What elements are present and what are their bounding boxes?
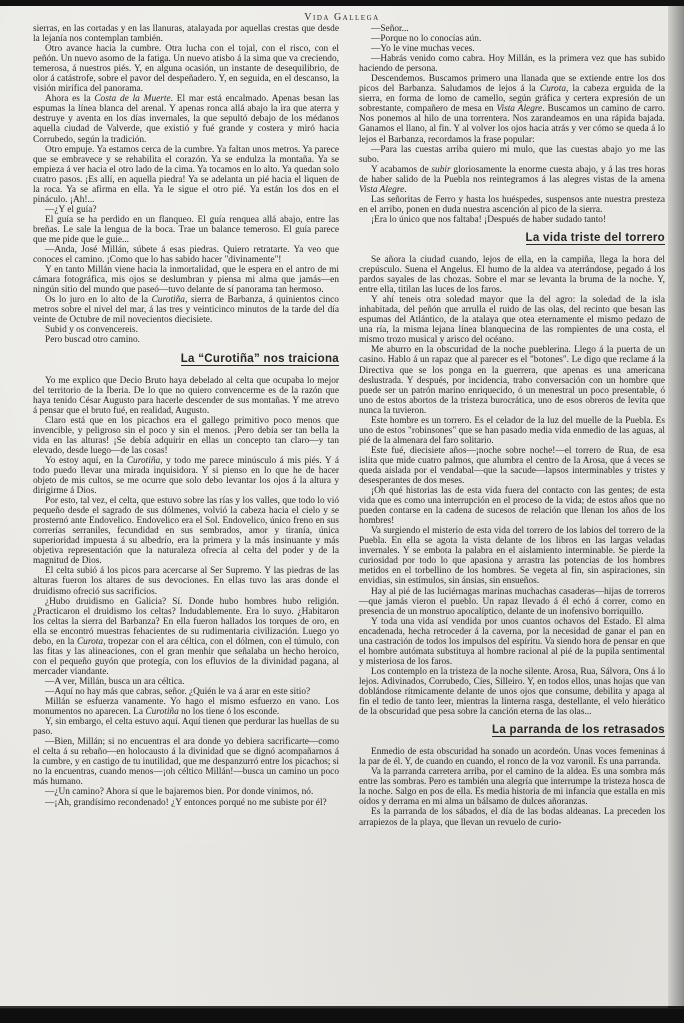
left-column: sierras, en las cortadas y en las llanur… bbox=[33, 24, 339, 808]
paragraph: Enmedio de esta obscuridad ha sonado un … bbox=[359, 747, 665, 767]
section-body-torrero: Se añora la ciudad cuando, lejos de ella… bbox=[359, 255, 665, 717]
paragraph: ¡Era lo único que nos faltaba! ¡Después … bbox=[359, 215, 665, 225]
paragraph: Va surgiendo el misterio de esta vida de… bbox=[359, 526, 665, 586]
italic-title: Curota bbox=[540, 84, 566, 94]
paragraph: —¿Y el guía? bbox=[33, 205, 339, 215]
paragraph: El guía se ha perdido en un flanqueo. El… bbox=[33, 215, 339, 245]
italic-title: Costa de la Muerte bbox=[94, 94, 170, 104]
section-title-curotina: La “Curotiña” nos traiciona bbox=[181, 354, 339, 366]
paragraph: —Para las cuestas arriba quiero mi mulo,… bbox=[359, 145, 665, 165]
section-body-curotina: Yo me explico que Decio Bruto haya debel… bbox=[33, 376, 339, 808]
paragraph: Y toda una vida así vendida por unos cua… bbox=[359, 617, 665, 667]
italic-title: Vista Alegre bbox=[496, 104, 542, 114]
paragraph: —Señor... bbox=[359, 24, 665, 34]
section-title-torrero: La vida triste del torrero bbox=[526, 233, 665, 245]
paragraph: sierras, en las cortadas y en las llanur… bbox=[33, 24, 339, 44]
paragraph: Por esto, tal vez, el celta, que estuvo … bbox=[33, 496, 339, 566]
paragraph: Descendemos. Buscamos primero una llanad… bbox=[359, 74, 665, 144]
paragraph: El celta subió á los picos para acercars… bbox=[33, 566, 339, 596]
paragraph: Yo me explico que Decio Bruto haya debel… bbox=[33, 376, 339, 416]
section-heading: La parranda de los retrasados bbox=[359, 725, 665, 737]
paragraph: Y, sin embargo, el celta estuvo aquí. Aq… bbox=[33, 717, 339, 737]
paragraph: Otro avance hacia la cumbre. Otra lucha … bbox=[33, 44, 339, 94]
paragraph: Subid y os convencereis. bbox=[33, 325, 339, 335]
section-title-parranda: La parranda de los retrasados bbox=[492, 725, 665, 737]
section-heading: La “Curotiña” nos traiciona bbox=[33, 354, 339, 366]
paragraph: —Aquí no hay más que cabras, señor. ¿Qui… bbox=[33, 687, 339, 697]
paragraph: Os lo juro en lo alto de la Curotiña, si… bbox=[33, 295, 339, 325]
section-body-parranda: Enmedio de esta obscuridad ha sonado un … bbox=[359, 747, 665, 827]
italic-title: Curotiña bbox=[145, 707, 178, 717]
italic-title: Curotiña bbox=[127, 456, 160, 466]
italic-title: Vista Alegre bbox=[359, 185, 404, 195]
paragraph: Ahora es la Costa de la Muerte. El mar e… bbox=[33, 94, 339, 144]
article-continuation: sierras, en las cortadas y en las llanur… bbox=[33, 24, 339, 346]
paragraph: Los contemplo en la tristeza de la noche… bbox=[359, 667, 665, 717]
paragraph: Claro está que en los picachos era el ga… bbox=[33, 416, 339, 456]
italic-title: Curota bbox=[77, 637, 103, 647]
paragraph: Pero buscad otro camino. bbox=[33, 335, 339, 345]
paragraph: —Anda, José Millán, súbete á esas piedra… bbox=[33, 245, 339, 265]
article-continuation-right: —Señor...—Porque no lo conocías aún.—Yo … bbox=[359, 24, 665, 225]
section-heading: La vida triste del torrero bbox=[359, 233, 665, 245]
paragraph: Otro empuje. Ya estamos cerca de la cumb… bbox=[33, 145, 339, 205]
paragraph: Yo estoy aquí, en la Curotiña, y todo me… bbox=[33, 456, 339, 496]
scan-bottom-border bbox=[0, 1009, 684, 1023]
paragraph: —¿Un camino? Ahora sí que le bajaremos b… bbox=[33, 787, 339, 797]
italic-title: Curotiña bbox=[152, 295, 185, 305]
paragraph: Se añora la ciudad cuando, lejos de ella… bbox=[359, 255, 665, 295]
paragraph: —¡Ah, grandísimo recondenado! ¿Y entonce… bbox=[33, 798, 339, 808]
page-edge-shadow bbox=[668, 6, 684, 1006]
paragraph: Es la parranda de los sábados, el día de… bbox=[359, 807, 665, 827]
paragraph: —Habrás venido como cabra. Hoy Millán, e… bbox=[359, 54, 665, 74]
paragraph: Hay al pié de las luciérnagas marinas mu… bbox=[359, 587, 665, 617]
running-header: Vida Gallega bbox=[0, 12, 684, 23]
paragraph: Millán se esfuerza vanamente. Yo hago el… bbox=[33, 697, 339, 717]
paragraph: Este fué, diecisiete años—¡noche sobre n… bbox=[359, 446, 665, 486]
italic-title: subir bbox=[431, 165, 450, 175]
paragraph: —A ver, Millán, busca un ara céltica. bbox=[33, 677, 339, 687]
paragraph: ¡Oh qué historias las de esta vida fuera… bbox=[359, 486, 665, 526]
paragraph: Y en tanto Millán viene hacia la inmorta… bbox=[33, 265, 339, 295]
paragraph: Va la parranda carretera arriba, por el … bbox=[359, 767, 665, 807]
right-column: —Señor...—Porque no lo conocías aún.—Yo … bbox=[359, 24, 665, 828]
paragraph: —Yo le vine muchas veces. bbox=[359, 44, 665, 54]
paragraph: Y ahí teneis otra soledad mayor que la d… bbox=[359, 295, 665, 345]
paragraph: Me aburro en la obscuridad de la noche p… bbox=[359, 345, 665, 415]
paragraph: —Bien, Millán; si no encuentras el ara d… bbox=[33, 737, 339, 787]
paragraph: Y acabamos de subir gloriosamente la eno… bbox=[359, 165, 665, 195]
paragraph: Este hombre es un torrero. Es el celador… bbox=[359, 416, 665, 446]
paragraph: —Porque no lo conocías aún. bbox=[359, 34, 665, 44]
paragraph: Las señoritas de Ferro y hasta los huésp… bbox=[359, 195, 665, 215]
paragraph: ¿Hubo druidismo en Galicia? Sí. Donde hu… bbox=[33, 597, 339, 677]
